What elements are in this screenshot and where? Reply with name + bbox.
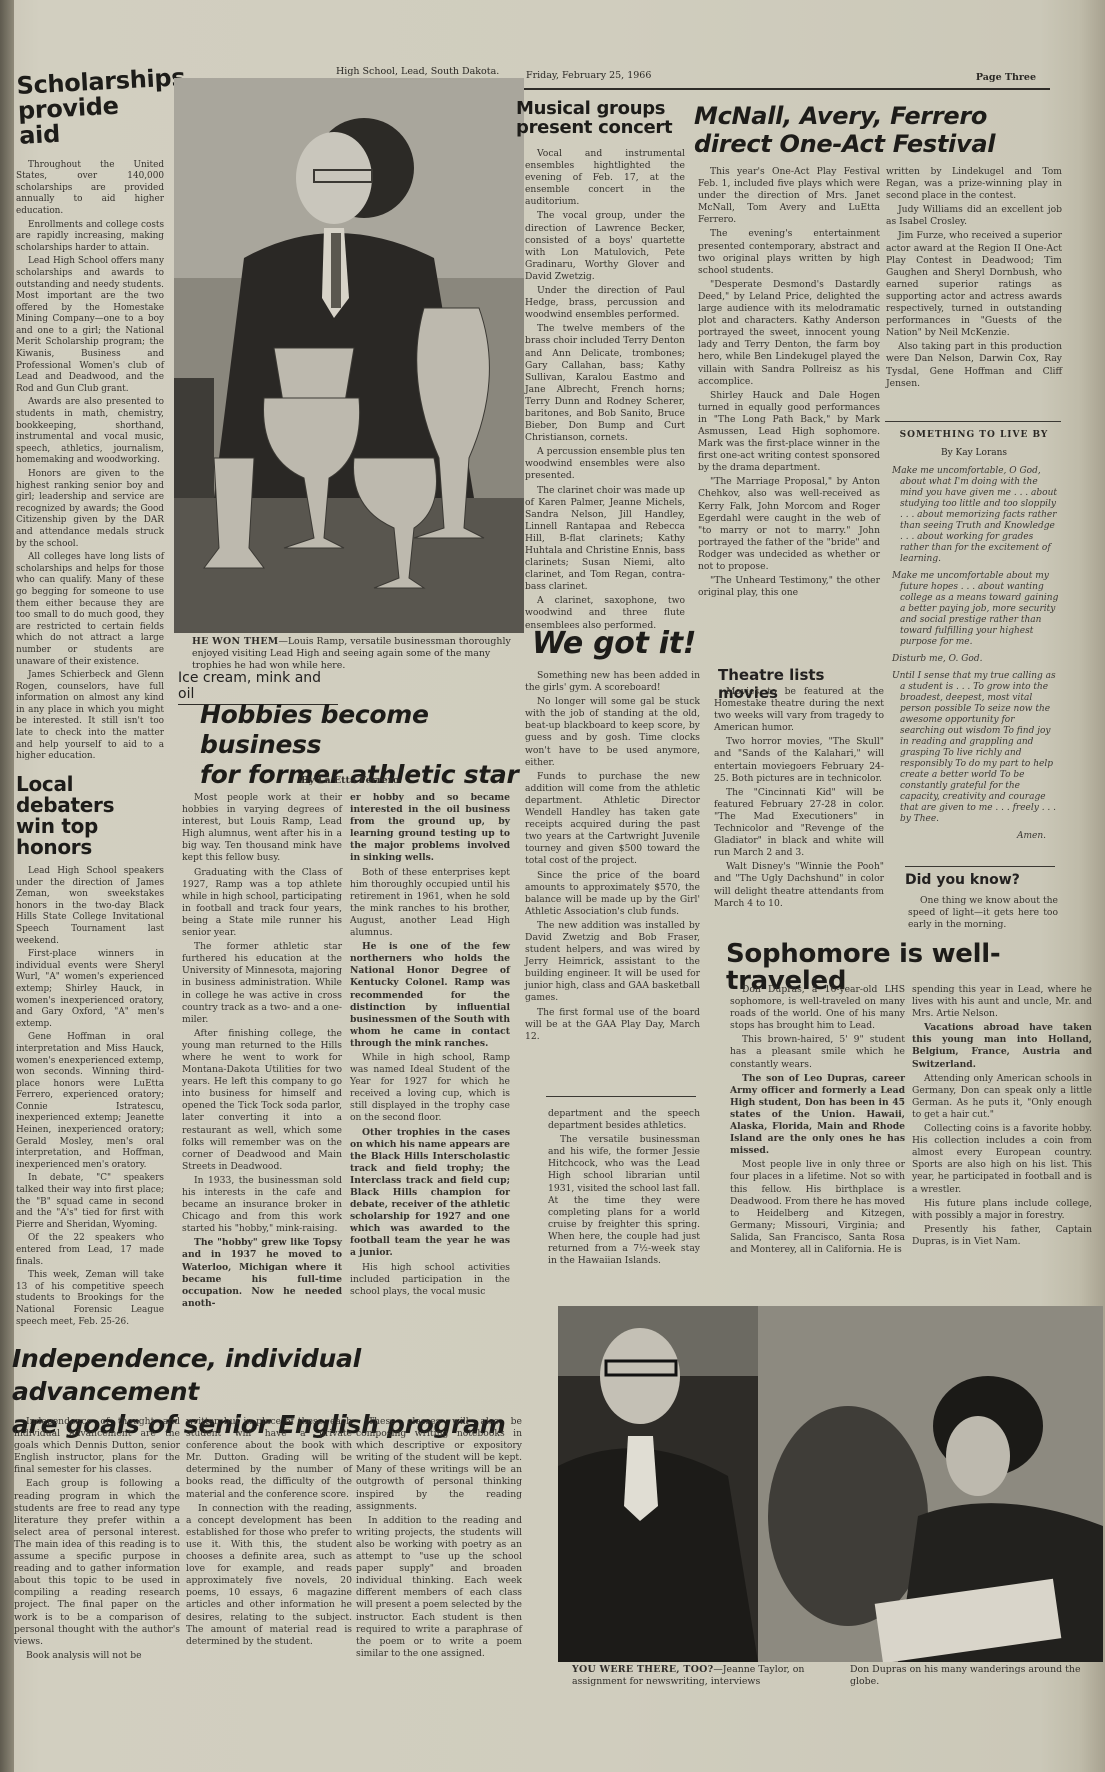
english-col3: These classes will also be composing wri… [356, 1416, 522, 1662]
paragraph: His high school activities included part… [350, 1262, 510, 1298]
paragraph: In addition to the reading and writing p… [356, 1515, 522, 1660]
paragraph: Walt Disney's "Winnie the Pooh" and "The… [714, 861, 884, 909]
paragraph: The first formal use of the board will b… [525, 1007, 700, 1043]
paragraph: Gene Hoffman in oral interpretation and … [16, 1032, 164, 1171]
oneact-col1: This year's One-Act Play Festival Feb. 1… [698, 166, 880, 601]
photo-louis-ramp-trophies [174, 78, 524, 633]
photo-caption-interview-2: Don Dupras on his many wanderings around… [850, 1664, 1105, 1688]
paragraph-bold: He is one of the few northerners who hol… [350, 941, 510, 1050]
headline-line: win top honors [16, 816, 164, 858]
paragraph: "The Marriage Proposal," by Anton Chehko… [698, 476, 880, 573]
divider [546, 1096, 696, 1097]
paragraph: Most people work at their hobbies in var… [182, 792, 342, 865]
headline-line: Independence, individual advancement [12, 1342, 552, 1408]
photo-caption-interview-1: YOU WERE THERE, TOO?—Jeanne Taylor, on a… [572, 1664, 840, 1688]
poem-body: Make me uncomfortable, O God, about what… [888, 466, 1060, 842]
paragraph: Judy Williams did an excellent job as Is… [886, 204, 1062, 228]
paragraph: The versatile businessman and his wife, … [548, 1134, 700, 1267]
paragraph: The vocal group, under the direction of … [525, 210, 685, 283]
caption-lead: YOU WERE THERE, TOO? [572, 1664, 713, 1675]
paragraph: Honors are given to the highest ranking … [16, 469, 164, 550]
paragraph: Throughout the United States, over 140,0… [16, 160, 164, 218]
paragraph: Since the price of the board amounts to … [525, 870, 700, 918]
paragraph: spending this year in Lead, where he liv… [912, 984, 1092, 1020]
stanza: Make me uncomfortable, O God, about what… [888, 466, 1060, 565]
paragraph: The former athletic star furthered his e… [182, 941, 342, 1026]
paragraph: Shirley Hauck and Dale Hogen turned in e… [698, 390, 880, 475]
paragraph: The "Cincinnati Kid" will be featured Fe… [714, 787, 884, 860]
sophomore-col2: spending this year in Lead, where he liv… [912, 984, 1092, 1250]
trophy-photo-illustration [174, 78, 524, 633]
binding-gutter [0, 0, 14, 1772]
paragraph: The clarinet choir was made up of Karen … [525, 485, 685, 594]
paragraph: Lead High School offers many scholarship… [16, 256, 164, 395]
byline-hobbies: By La Etta Ferrero [180, 775, 520, 786]
paragraph: This year's One-Act Play Festival Feb. 1… [698, 166, 880, 226]
paragraph: department and the speech department bes… [548, 1108, 700, 1132]
paragraph: Jim Furze, who received a superior actor… [886, 230, 1062, 339]
english-col2: written but in place of these, each stud… [186, 1416, 352, 1650]
interview-photo-illustration [558, 1306, 1103, 1662]
caption-lead: HE WON THEM [192, 636, 278, 647]
paragraph: This brown-haired, 5' 9" student has a p… [730, 1034, 905, 1070]
paragraph: Under the direction of Paul Hedge, brass… [525, 285, 685, 321]
headline-scholarships: Scholarships provide aid [16, 66, 168, 149]
hobbies-continued: department and the speech department bes… [548, 1108, 700, 1269]
paragraph: Awards are also presented to students in… [16, 397, 164, 467]
paragraph: In debate, "C" speakers talked their way… [16, 1173, 164, 1231]
headline-line: Local debaters [16, 774, 164, 816]
paragraph-bold: Vacations abroad have taken this young m… [912, 1022, 1092, 1070]
paragraph: Graduating with the Class of 1927, Ramp … [182, 867, 342, 940]
paragraph: Collecting coins is a favorite hobby. Hi… [912, 1123, 1092, 1196]
paragraph-bold: er hobby and so became interested in the… [350, 792, 510, 865]
hobbies-col1: Most people work at their hobbies in var… [182, 792, 342, 1312]
sophomore-col1: Don Dupras, a 16-year-old LHS sophomore,… [730, 984, 905, 1258]
we-got-it-body: Something new has been added in the girl… [525, 670, 700, 1045]
newspaper-page: High School, Lead, South Dakota. Friday,… [0, 0, 1105, 1772]
paragraph: The twelve members of the brass choir in… [525, 323, 685, 444]
paragraph: No longer will some gal be stuck with th… [525, 696, 700, 769]
paragraph: Independence of thought and individual a… [14, 1416, 180, 1476]
did-you-know-body: One thing we know about the speed of lig… [908, 895, 1058, 933]
paragraph: While in high school, Ramp was named Ide… [350, 1052, 510, 1125]
masthead-school: High School, Lead, South Dakota. [336, 66, 499, 77]
paragraph-bold: Other trophies in the cases on which his… [350, 1127, 510, 1260]
hobbies-col2: er hobby and so became interested in the… [350, 792, 510, 1300]
headline-did-you-know: Did you know? [905, 872, 1065, 888]
headline-line: provide aid [17, 91, 167, 149]
paragraph: Two horror movies, "The Skull" and "Sand… [714, 736, 884, 784]
paragraph: Book analysis will not be [14, 1650, 180, 1662]
stanza: Until I sense that my true calling as a … [888, 671, 1060, 825]
paragraph: Presently his father, Captain Dupras, is… [912, 1224, 1092, 1248]
poem-closing: Amen. [888, 831, 1060, 842]
headline-we-got-it: We got it! [532, 628, 702, 660]
paragraph: The evening's entertainment presented co… [698, 228, 880, 276]
paragraph: All colleges have long lists of scholars… [16, 552, 164, 668]
paragraph: One thing we know about the speed of lig… [908, 895, 1058, 931]
paragraph: Funds to purchase the new addition will … [525, 771, 700, 868]
paragraph: Movies to be featured at the Homestake t… [714, 686, 884, 734]
masthead-date: Friday, February 25, 1966 [526, 70, 651, 81]
scholarships-body: Throughout the United States, over 140,0… [16, 160, 164, 763]
paragraph: James Schierbeck and Glenn Rogen, counse… [16, 670, 164, 763]
debaters-body: Lead High School speakers under the dire… [16, 866, 164, 1328]
paragraph: Also taking part in this production were… [886, 341, 1062, 389]
paragraph: Of the 22 speakers who entered from Lead… [16, 1233, 164, 1268]
paragraph: Most people live in only three or four p… [730, 1159, 905, 1256]
theatre-body: Movies to be featured at the Homestake t… [714, 686, 884, 912]
paragraph: His future plans include college, with p… [912, 1198, 1092, 1222]
paragraph: Don Dupras, a 16-year-old LHS sophomore,… [730, 984, 905, 1032]
paragraph: "Desperate Desmond's Dastardly Deed," by… [698, 279, 880, 388]
page-number: Page Three [976, 72, 1036, 83]
paragraph: Vocal and instrumental ensembles hightli… [525, 148, 685, 208]
stanza: Make me uncomfortable about my future ho… [888, 571, 1060, 648]
column-title: SOMETHING TO LIVE BY [888, 430, 1060, 440]
paragraph: A percussion ensemble plus ten woodwind … [525, 446, 685, 482]
paragraph: After finishing college, the young man r… [182, 1028, 342, 1173]
headline-line: McNall, Avery, Ferrero [694, 102, 1094, 130]
paragraph: First-place winners in individual events… [16, 949, 164, 1030]
headline-oneact: McNall, Avery, Ferrero direct One-Act Fe… [694, 102, 1094, 158]
paragraph: This week, Zeman will take 13 of his com… [16, 1270, 164, 1328]
paragraph: written by Lindekugel and Tom Regan, was… [886, 166, 1062, 202]
paragraph: Attending only American schools in Germa… [912, 1073, 1092, 1121]
english-col1: Independence of thought and individual a… [14, 1416, 180, 1664]
headline-debaters: Local debaters win top honors [16, 774, 164, 858]
paragraph-bold: The "hobby" grew like Topsy and in 1937 … [182, 1237, 342, 1310]
article-debaters: Local debaters win top honors Lead High … [16, 774, 164, 1330]
paragraph: The new addition was installed by David … [525, 920, 700, 1005]
stanza: Disturb me, O. God. [888, 654, 1060, 665]
paragraph: Something new has been added in the girl… [525, 670, 700, 694]
divider [885, 421, 1061, 422]
paragraph: Enrollments and college costs are rapidl… [16, 220, 164, 255]
musical-body: Vocal and instrumental ensembles hightli… [525, 148, 685, 634]
paragraph: In 1933, the businessman sold his intere… [182, 1175, 342, 1235]
photo-caption-ramp: HE WON THEM—Louis Ramp, versatile busine… [192, 636, 532, 672]
divider [905, 866, 1055, 867]
headline-musical: Musical groups present concert [516, 100, 696, 138]
oneact-col2: written by Lindekugel and Tom Regan, was… [886, 166, 1062, 392]
paragraph-bold: The son of Leo Dupras, career Army offic… [730, 1073, 905, 1158]
headline-line: direct One-Act Festival [694, 130, 1094, 158]
byline-live-by: By Kay Lorans [888, 448, 1060, 458]
paragraph: Each group is following a reading progra… [14, 1478, 180, 1647]
headline-line: Hobbies become business [200, 700, 530, 760]
paragraph: These classes will also be composing wri… [356, 1416, 522, 1513]
paragraph: In connection with the reading, a concep… [186, 1503, 352, 1648]
photo-interview [558, 1306, 1103, 1662]
headline-line: present concert [516, 119, 696, 138]
article-scholarships: Scholarships provide aid Throughout the … [16, 74, 164, 765]
paragraph: written but in place of these, each stud… [186, 1416, 352, 1501]
paragraph: Lead High School speakers under the dire… [16, 866, 164, 947]
paragraph: Both of these enterprises kept him thoro… [350, 867, 510, 940]
paragraph: "The Unheard Testimony," the other origi… [698, 575, 880, 599]
article-something-to-live-by: SOMETHING TO LIVE BY By Kay Lorans Make … [888, 430, 1060, 842]
